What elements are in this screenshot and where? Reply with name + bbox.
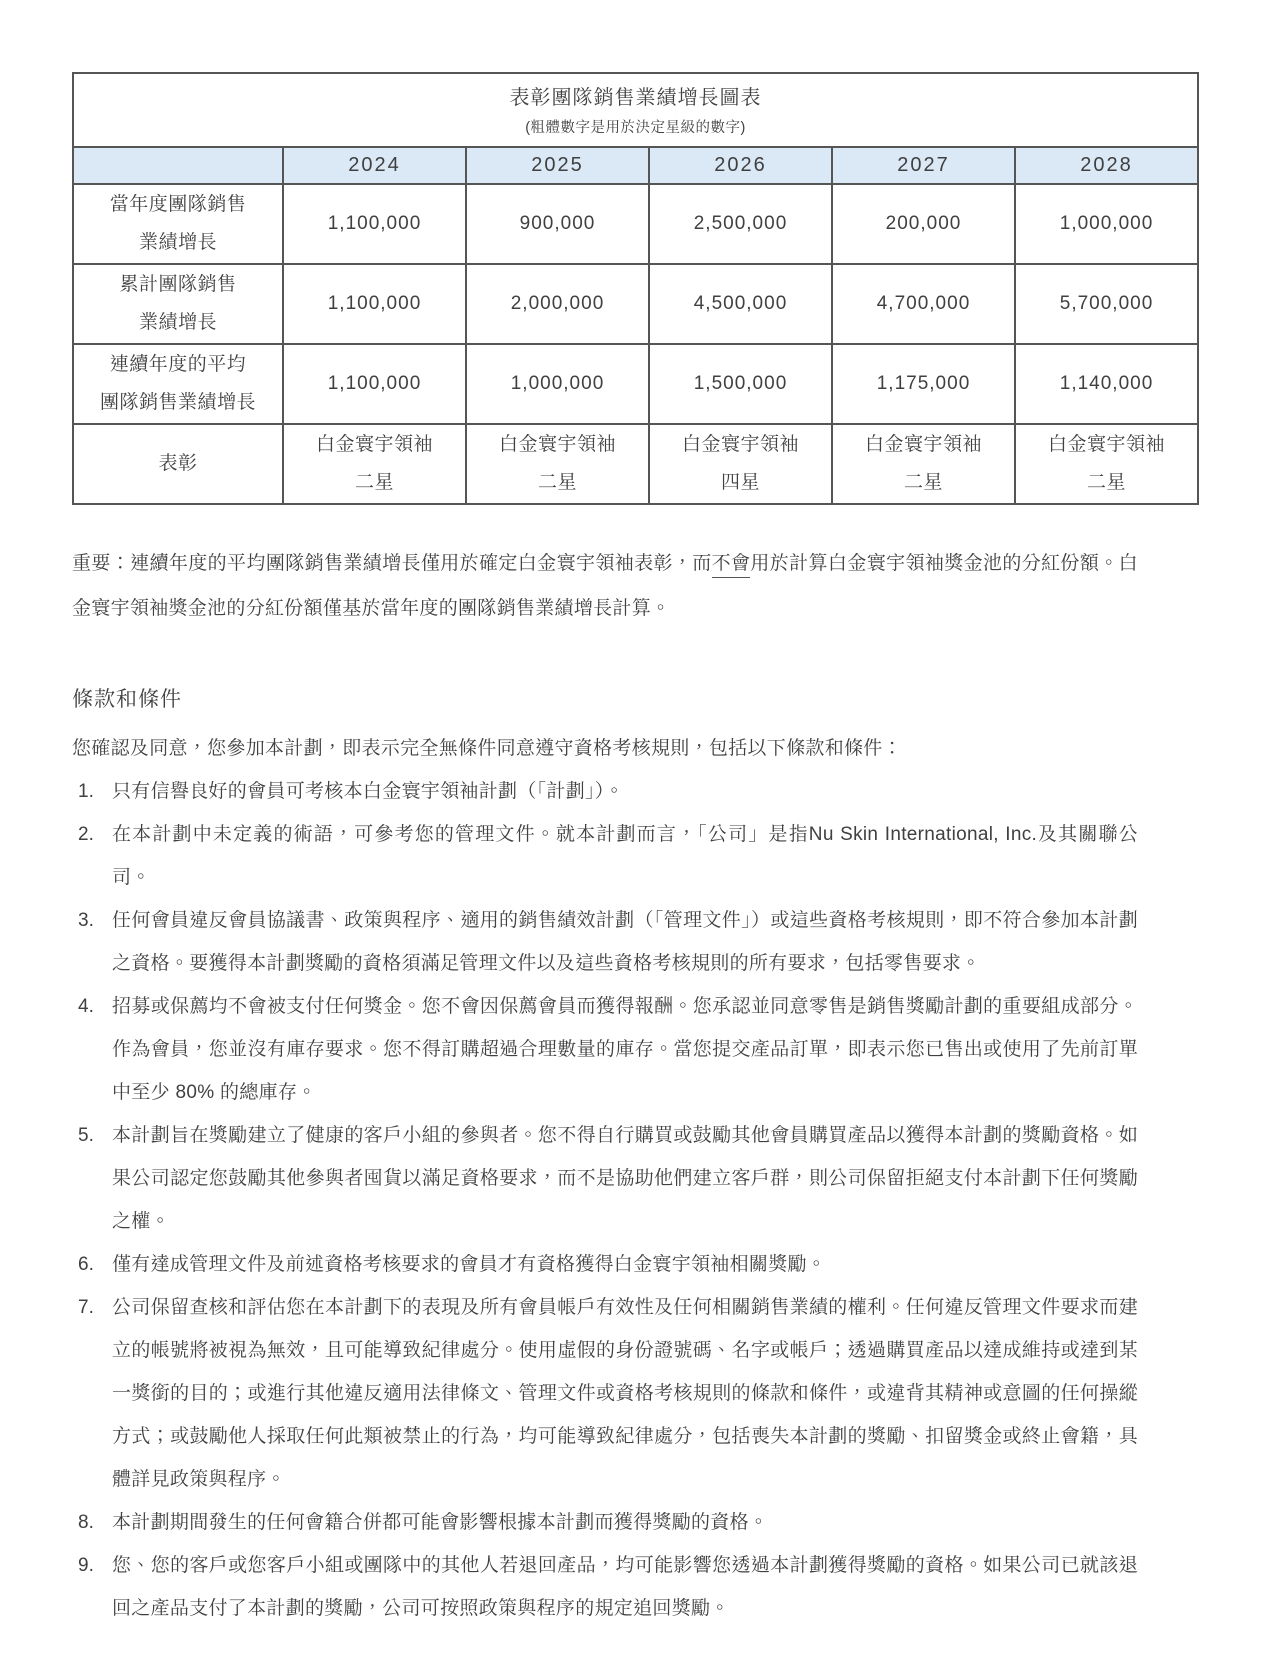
row-label: 累計團隊銷售 業績增長	[73, 264, 283, 344]
table-cell: 1,100,000	[283, 184, 466, 264]
term-text: 僅有達成管理文件及前述資格考核要求的會員才有資格獲得白金寰宇領袖相關獎勵。	[112, 1243, 1138, 1286]
terms-intro: 您確認及同意，您參加本計劃，即表示完全無條件同意遵守資格考核規則，包括以下條款和…	[72, 727, 1138, 770]
year-header-2026: 2026	[649, 147, 832, 184]
term-item-2: 2. 在本計劃中未定義的術語，可參考您的管理文件。就本計劃而言，「公司」是指Nu…	[72, 813, 1138, 899]
term-number: 5.	[72, 1114, 112, 1157]
term-item-8: 8. 本計劃期間發生的任何會籍合併都可能會影響根據本計劃而獲得獎勵的資格。	[72, 1501, 1138, 1544]
document-content: 表彰團隊銷售業績增長圖表 (粗體數字是用於決定星級的數字) 2024 2025 …	[0, 0, 1275, 1670]
table-cell: 1,500,000	[649, 344, 832, 424]
note-pre-text: 重要：連續年度的平均團隊銷售業績增長僅用於確定白金寰宇領袖表彰，而	[72, 553, 712, 574]
table-cell: 1,175,000	[832, 344, 1015, 424]
table-cell: 200,000	[832, 184, 1015, 264]
term-number: 3.	[72, 899, 112, 942]
terms-list: 1. 只有信譽良好的會員可考核本白金寰宇領袖計劃（「計劃」）。 2. 在本計劃中…	[72, 770, 1138, 1630]
table-cell: 1,000,000	[466, 344, 649, 424]
year-header-2025: 2025	[466, 147, 649, 184]
table-cell: 白金寰宇領袖 二星	[466, 424, 649, 504]
table-row-recognition: 表彰 白金寰宇領袖 二星 白金寰宇領袖 二星 白金寰宇領袖 四星 白金寰宇領袖 …	[73, 424, 1198, 504]
table-cell: 白金寰宇領袖 二星	[283, 424, 466, 504]
term-number: 8.	[72, 1501, 112, 1544]
table-row-cumulative-growth: 累計團隊銷售 業績增長 1,100,000 2,000,000 4,500,00…	[73, 264, 1198, 344]
year-header-2024: 2024	[283, 147, 466, 184]
terms-heading: 條款和條件	[72, 683, 1207, 713]
table-title: 表彰團隊銷售業績增長圖表	[74, 81, 1197, 110]
table-cell: 2,500,000	[649, 184, 832, 264]
term-number: 9.	[72, 1544, 112, 1587]
table-cell: 4,700,000	[832, 264, 1015, 344]
table-cell: 5,700,000	[1015, 264, 1198, 344]
table-year-header-row: 2024 2025 2026 2027 2028	[73, 147, 1198, 184]
term-text: 任何會員違反會員協議書、政策與程序、適用的銷售績效計劃（「管理文件」）或這些資格…	[112, 899, 1138, 985]
term-number: 7.	[72, 1286, 112, 1329]
table-cell: 4,500,000	[649, 264, 832, 344]
important-note: 重要：連續年度的平均團隊銷售業績增長僅用於確定白金寰宇領袖表彰，而不會用於計算白…	[72, 541, 1138, 631]
table-row-current-year-growth: 當年度團隊銷售 業績增長 1,100,000 900,000 2,500,000…	[73, 184, 1198, 264]
table-cell: 白金寰宇領袖 四星	[649, 424, 832, 504]
table-cell: 1,100,000	[283, 264, 466, 344]
term-text: 本計劃期間發生的任何會籍合併都可能會影響根據本計劃而獲得獎勵的資格。	[112, 1501, 1138, 1544]
table-cell: 1,140,000	[1015, 344, 1198, 424]
term-item-9: 9. 您、您的客戶或您客戶小組或團隊中的其他人若退回產品，均可能影響您透過本計劃…	[72, 1544, 1138, 1630]
term-text: 只有信譽良好的會員可考核本白金寰宇領袖計劃（「計劃」）。	[112, 770, 1138, 813]
term-item-7: 7. 公司保留查核和評估您在本計劃下的表現及所有會員帳戶有效性及任何相關銷售業績…	[72, 1286, 1138, 1501]
team-sales-growth-table: 表彰團隊銷售業績增長圖表 (粗體數字是用於決定星級的數字) 2024 2025 …	[72, 72, 1199, 505]
term-text: 公司保留查核和評估您在本計劃下的表現及所有會員帳戶有效性及任何相關銷售業績的權利…	[112, 1286, 1138, 1501]
term-item-1: 1. 只有信譽良好的會員可考核本白金寰宇領袖計劃（「計劃」）。	[72, 770, 1138, 813]
row-label: 連續年度的平均 團隊銷售業績增長	[73, 344, 283, 424]
term-text: 您、您的客戶或您客戶小組或團隊中的其他人若退回產品，均可能影響您透過本計劃獲得獎…	[112, 1544, 1138, 1630]
term-text: 招募或保薦均不會被支付任何獎金。您不會因保薦會員而獲得報酬。您承認並同意零售是銷…	[112, 985, 1138, 1114]
term-number: 1.	[72, 770, 112, 813]
term-item-6: 6. 僅有達成管理文件及前述資格考核要求的會員才有資格獲得白金寰宇領袖相關獎勵。	[72, 1243, 1138, 1286]
table-cell: 1,000,000	[1015, 184, 1198, 264]
document-page: 表彰團隊銷售業績增長圖表 (粗體數字是用於決定星級的數字) 2024 2025 …	[0, 0, 1275, 1670]
year-header-empty-cell	[73, 147, 283, 184]
term-number: 6.	[72, 1243, 112, 1286]
term-item-3: 3. 任何會員違反會員協議書、政策與程序、適用的銷售績效計劃（「管理文件」）或這…	[72, 899, 1138, 985]
year-header-2028: 2028	[1015, 147, 1198, 184]
term-number: 4.	[72, 985, 112, 1028]
table-cell: 900,000	[466, 184, 649, 264]
table-cell: 白金寰宇領袖 二星	[832, 424, 1015, 504]
table-cell: 白金寰宇領袖 二星	[1015, 424, 1198, 504]
table-cell: 1,100,000	[283, 344, 466, 424]
row-label: 當年度團隊銷售 業績增長	[73, 184, 283, 264]
year-header-2027: 2027	[832, 147, 1015, 184]
table-cell: 2,000,000	[466, 264, 649, 344]
note-underlined-text: 不會	[712, 553, 751, 578]
term-item-5: 5. 本計劃旨在獎勵建立了健康的客戶小組的參與者。您不得自行購買或鼓勵其他會員購…	[72, 1114, 1138, 1243]
table-row-average-growth: 連續年度的平均 團隊銷售業績增長 1,100,000 1,000,000 1,5…	[73, 344, 1198, 424]
term-item-4: 4. 招募或保薦均不會被支付任何獎金。您不會因保薦會員而獲得報酬。您承認並同意零…	[72, 985, 1138, 1114]
term-text: 在本計劃中未定義的術語，可參考您的管理文件。就本計劃而言，「公司」是指Nu Sk…	[112, 813, 1138, 899]
term-text: 本計劃旨在獎勵建立了健康的客戶小組的參與者。您不得自行購買或鼓勵其他會員購買產品…	[112, 1114, 1138, 1243]
table-subtitle: (粗體數字是用於決定星級的數字)	[74, 116, 1197, 137]
row-label: 表彰	[73, 424, 283, 504]
term-number: 2.	[72, 813, 112, 856]
table-title-cell: 表彰團隊銷售業績增長圖表 (粗體數字是用於決定星級的數字)	[73, 73, 1198, 147]
table-title-row: 表彰團隊銷售業績增長圖表 (粗體數字是用於決定星級的數字)	[73, 73, 1198, 147]
